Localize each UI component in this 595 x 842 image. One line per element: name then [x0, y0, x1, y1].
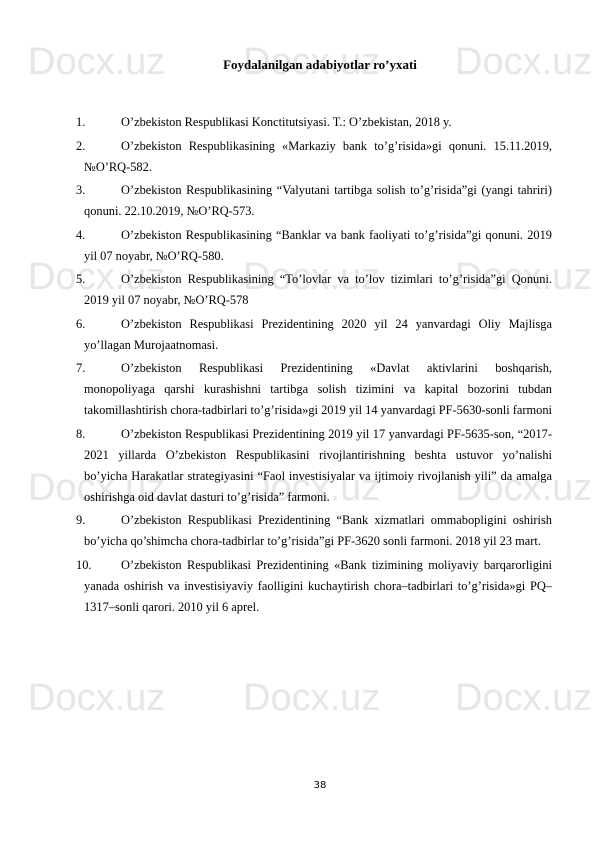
reference-text: O’zbekiston Respublikasi Prezidentining …	[84, 427, 552, 504]
reference-text: O’zbekiston Respublikasining «Markaziy b…	[84, 139, 552, 174]
reference-item: 1. O’zbekiston Respublikasi Konctitutsiy…	[76, 112, 552, 133]
reference-item: 3. O’zbekiston Respublikasining “Valyuta…	[76, 180, 552, 222]
reference-number: 2.	[76, 136, 85, 157]
page-title: Foydalanilgan adabiyotlar ro’yxati	[0, 57, 595, 73]
document-page: Foydalanilgan adabiyotlar ro’yxati 1. O’…	[0, 0, 595, 842]
reference-item: 10. O’zbekiston Respublikasi Prezidentin…	[76, 555, 552, 618]
reference-item: 4. O’zbekiston Respublikasining “Banklar…	[76, 225, 552, 267]
reference-number: 7.	[76, 358, 85, 379]
reference-text: O’zbekiston Respublikasining “Valyutani …	[84, 183, 552, 218]
page-number: 38	[0, 780, 595, 792]
reference-number: 10.	[76, 555, 92, 576]
reference-item: 5. O’zbekiston Respublikasining “To’lovl…	[76, 269, 552, 311]
reference-number: 4.	[76, 225, 85, 246]
reference-text: O’zbekiston Respublikasi Prezidentining …	[84, 317, 552, 352]
reference-text: O’zbekiston Respublikasining “To’lovlar …	[84, 272, 552, 307]
reference-number: 3.	[76, 180, 85, 201]
reference-item: 9. O’zbekiston Respublikasi Prezidentini…	[76, 510, 552, 552]
reference-list: 1. O’zbekiston Respublikasi Konctitutsiy…	[76, 112, 552, 620]
reference-number: 6.	[76, 314, 85, 335]
reference-item: 8. O’zbekiston Respublikasi Prezidentini…	[76, 424, 552, 508]
reference-number: 9.	[76, 510, 85, 531]
reference-number: 5.	[76, 269, 85, 290]
reference-number: 1.	[76, 112, 85, 133]
reference-text: O’zbekiston Respublikasining “Banklar va…	[84, 228, 552, 263]
reference-text: O’zbekiston Respublikasi Prezidentining …	[84, 513, 552, 548]
reference-number: 8.	[76, 424, 85, 445]
reference-text: O’zbekiston Respublikasi Prezidentining …	[84, 558, 552, 614]
reference-text: O’zbekiston Respublikasi Konctitutsiyasi…	[121, 115, 452, 129]
reference-text: O’zbekiston Respublikasi Prezidentining …	[84, 361, 552, 417]
reference-item: 7. O’zbekiston Respublikasi Prezidentini…	[76, 358, 552, 421]
reference-item: 2. O’zbekiston Respublikasining «Markazi…	[76, 136, 552, 178]
reference-item: 6. O’zbekiston Respublikasi Prezidentini…	[76, 314, 552, 356]
